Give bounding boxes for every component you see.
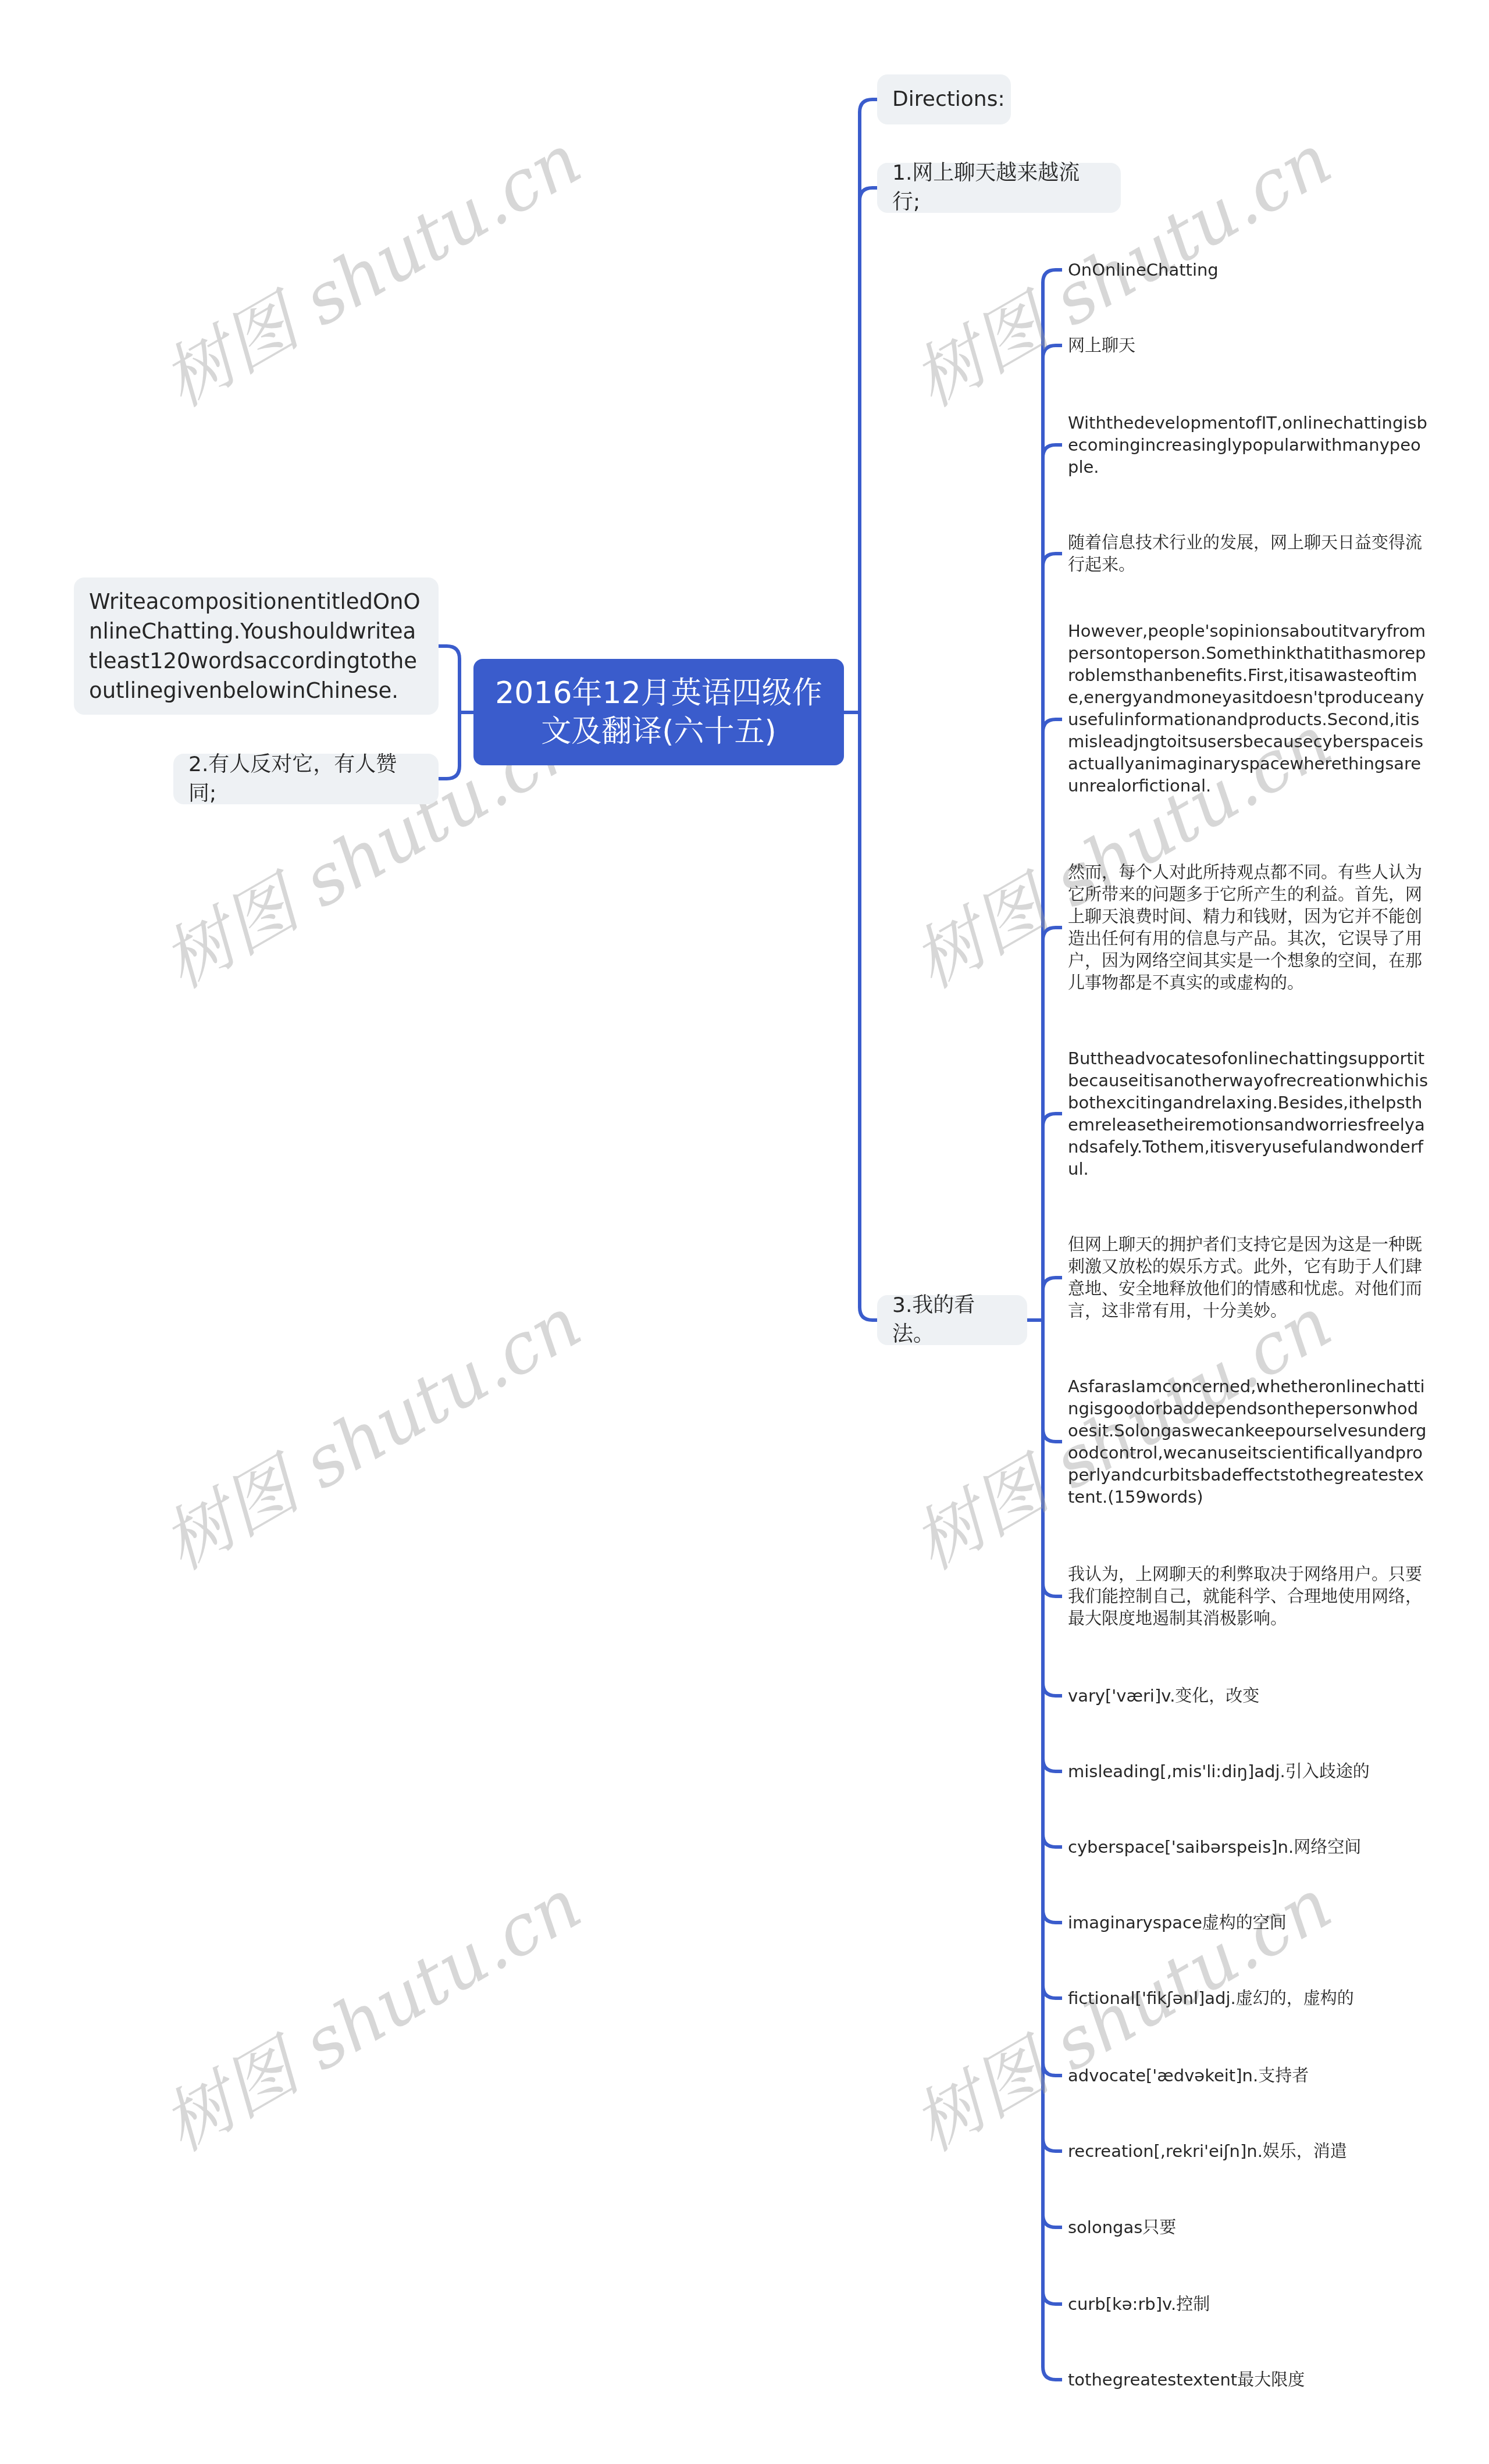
leaf-topic-label: 然而，每个人对此所持观点都不同。有些人认为它所带来的问题多于它所产生的利益。首先… [1068,862,1422,993]
leaf-topic-label: 随着信息技术行业的发展，网上聊天日益变得流行起来。 [1068,533,1422,575]
leaf-topic-label: OnOnlineChatting [1068,260,1219,280]
topic-label: 3.我的看法。 [892,1291,1012,1349]
leaf-topic[interactable]: 但网上聊天的拥护者们支持它是因为这是一种既刺激又放松的娱乐方式。此外，它有助于人… [1068,1233,1429,1322]
topic-label: Directions: [892,85,1005,114]
leaf-topic-label: misleading[,mis'li:diŋ]adj.引入歧途的 [1068,1761,1370,1781]
leaf-topic-label: solongas只要 [1068,2217,1176,2237]
leaf-topic[interactable]: AsfarasIamconcerned,whetheronlinechattin… [1068,1375,1429,1508]
leaf-topic-label: tothegreatestextent最大限度 [1068,2370,1305,2390]
leaf-topic[interactable]: OnOnlineChatting [1068,259,1429,281]
leaf-topic-label: fictional['fikʃənl]adj.虚幻的，虚构的 [1068,1988,1354,2008]
leaf-topic[interactable]: solongas只要 [1068,2216,1429,2238]
leaf-topic[interactable]: tothegreatestextent最大限度 [1068,2369,1429,2391]
leaf-topic-label: 网上聊天 [1068,336,1135,355]
leaf-topic[interactable]: Buttheadvocatesofonlinechattingsupportit… [1068,1047,1429,1180]
leaf-topic[interactable]: curb[kə:rb]v.控制 [1068,2293,1429,2315]
topic-label: 1.网上聊天越来越流行; [892,159,1106,217]
root-topic-label: 2016年12月英语四级作文及翻译(六十五) [491,674,827,751]
topic-directions-instruction[interactable]: WriteacompositionentitledOnOnlineChattin… [74,577,439,715]
topic-outline-point-1[interactable]: 1.网上聊天越来越流行; [877,163,1121,213]
leaf-topic-label: 我认为，上网聊天的利弊取决于网络用户。只要我们能控制自己，就能科学、合理地使用网… [1068,1564,1422,1628]
leaf-topic[interactable]: 我认为，上网聊天的利弊取决于网络用户。只要我们能控制自己，就能科学、合理地使用网… [1068,1563,1429,1629]
leaf-topic[interactable]: vary['væri]v.变化，改变 [1068,1685,1429,1707]
watermark: 树图 shutu.cn [892,1850,1346,2170]
leaf-topic[interactable]: fictional['fikʃənl]adj.虚幻的，虚构的 [1068,1987,1429,2009]
connector-lines [0,0,1489,2464]
leaf-topic[interactable]: 随着信息技术行业的发展，网上聊天日益变得流行起来。 [1068,532,1429,576]
leaf-topic-label: cyberspace['saibərspeis]n.网络空间 [1068,1837,1361,1857]
leaf-topic-label: However,people'sopinionsaboutitvaryfromp… [1068,621,1426,796]
topic-my-opinion[interactable]: 3.我的看法。 [877,1295,1027,1345]
leaf-topic[interactable]: 然而，每个人对此所持观点都不同。有些人认为它所带来的问题多于它所产生的利益。首先… [1068,861,1429,994]
leaf-topic[interactable]: misleading[,mis'li:diŋ]adj.引入歧途的 [1068,1760,1429,1782]
topic-directions[interactable]: Directions: [877,74,1011,124]
leaf-topic-label: WiththedevelopmentofIT,onlinechattingisb… [1068,413,1427,477]
leaf-topic[interactable]: However,people'sopinionsaboutitvaryfromp… [1068,620,1429,797]
watermark: 树图 shutu.cn [142,106,596,426]
topic-label: 2.有人反对它，有人赞同; [188,750,423,808]
leaf-topic-label: Buttheadvocatesofonlinechattingsupportit… [1068,1049,1428,1179]
leaf-topic-label: 但网上聊天的拥护者们支持它是因为这是一种既刺激又放松的娱乐方式。此外，它有助于人… [1068,1235,1422,1321]
leaf-topic[interactable]: imaginaryspace虚构的空间 [1068,1912,1429,1934]
mindmap-canvas: 树图 shutu.cn 树图 shutu.cn 树图 shutu.cn 树图 s… [0,0,1489,2464]
leaf-topic[interactable]: recreation[,rekri'eiʃn]n.娱乐，消遣 [1068,2140,1429,2162]
watermark: 树图 shutu.cn [142,1850,596,2170]
leaf-topic-label: AsfarasIamconcerned,whetheronlinechattin… [1068,1377,1426,1507]
topic-label: WriteacompositionentitledOnOnlineChattin… [89,587,423,705]
root-topic[interactable]: 2016年12月英语四级作文及翻译(六十五) [473,659,844,765]
leaf-topic[interactable]: WiththedevelopmentofIT,onlinechattingisb… [1068,412,1429,478]
watermark: 树图 shutu.cn [142,1269,596,1589]
leaf-topic[interactable]: advocate['ædvəkeit]n.支持者 [1068,2064,1429,2087]
topic-outline-point-2[interactable]: 2.有人反对它，有人赞同; [173,754,439,804]
leaf-topic-label: imaginaryspace虚构的空间 [1068,1913,1287,1932]
leaf-topic-label: curb[kə:rb]v.控制 [1068,2294,1210,2314]
leaf-topic[interactable]: 网上聊天 [1068,334,1429,356]
leaf-topic[interactable]: cyberspace['saibərspeis]n.网络空间 [1068,1836,1429,1858]
leaf-topic-label: vary['væri]v.变化，改变 [1068,1686,1259,1706]
leaf-topic-label: recreation[,rekri'eiʃn]n.娱乐，消遣 [1068,2141,1347,2161]
leaf-topic-label: advocate['ædvəkeit]n.支持者 [1068,2066,1309,2085]
